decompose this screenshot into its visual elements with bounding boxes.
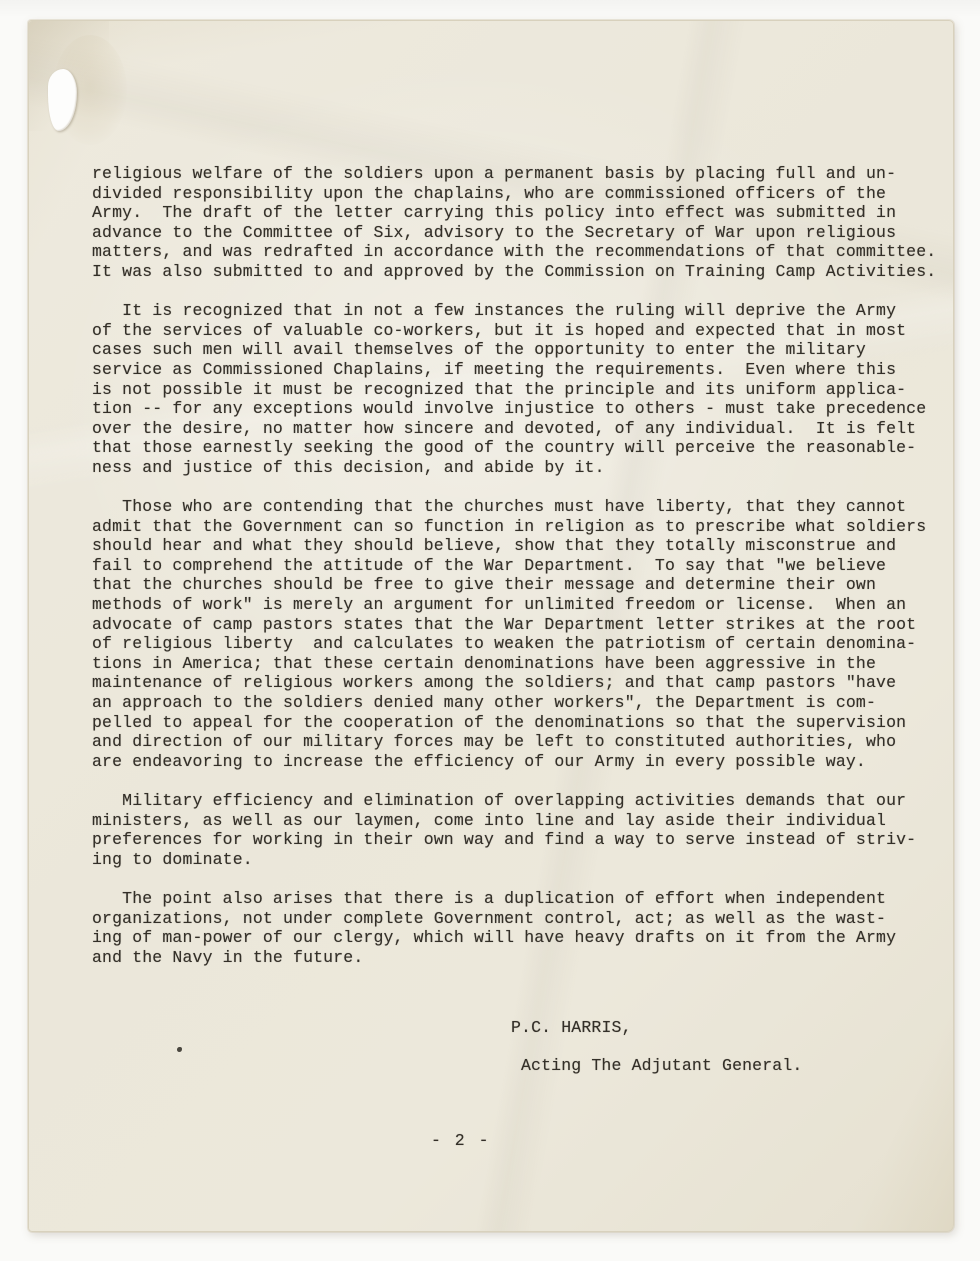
paragraph: Those who are contending that the church… [92, 497, 952, 771]
paragraph: Military efficiency and elimination of o… [92, 791, 952, 869]
scan-background: religious welfare of the soldiers upon a… [0, 0, 980, 1261]
document-page: religious welfare of the soldiers upon a… [28, 20, 954, 1232]
paragraph: The point also arises that there is a du… [92, 889, 952, 967]
signature-title: Acting The Adjutant General. [521, 1056, 802, 1076]
page-number: - 2 - [431, 1131, 491, 1151]
letter-body: religious welfare of the soldiers upon a… [92, 164, 952, 987]
paragraph: It is recognized that in not a few insta… [92, 301, 952, 477]
paragraph: religious welfare of the soldiers upon a… [92, 164, 952, 282]
ink-speck [177, 1047, 182, 1052]
signature-name: P.C. HARRIS, [511, 1018, 632, 1038]
